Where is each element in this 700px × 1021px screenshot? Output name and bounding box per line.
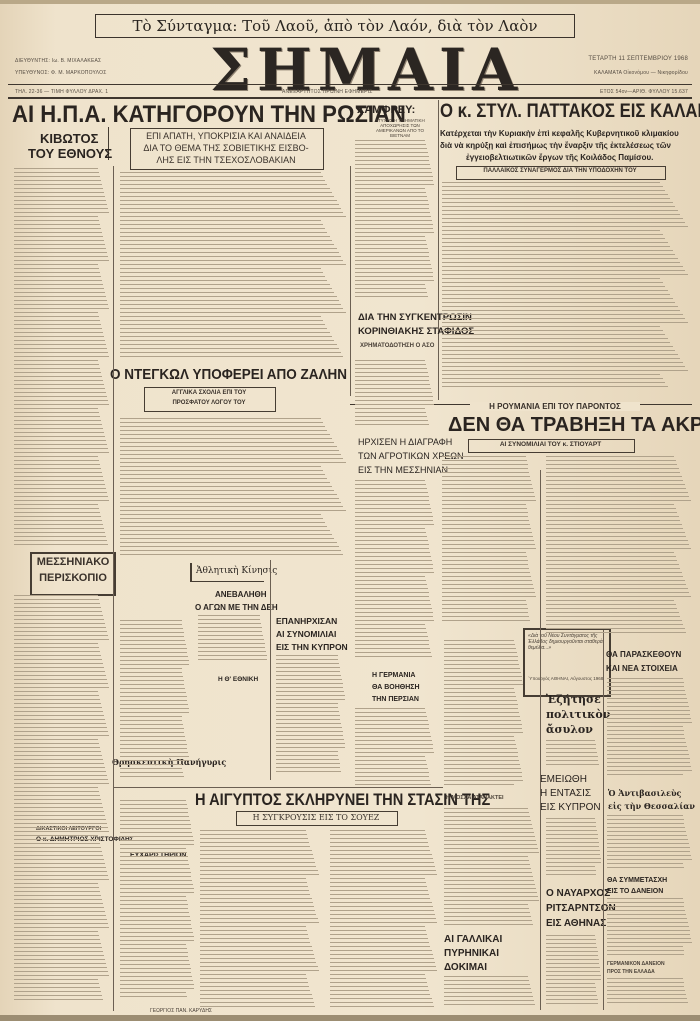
agrotika-headline-3: ΕΙΣ ΤΗΝ ΜΕΣΣΗΝΙΑΝ <box>358 465 448 475</box>
germany-headline-3: ΤΗΝ ΠΕΡΣΙΑΝ <box>372 696 419 703</box>
column-rule <box>603 630 604 1010</box>
egypt-subhead: Η ΣΥΓΚΡΟΥΣΙΣ ΕΙΣ ΤΟ ΣΟΥΕΖ <box>236 813 396 822</box>
body-text-column <box>14 168 110 548</box>
pattakos-deck-3: ἐγγειοβελτιωτικῶν ἔργων τῆς Κοιλάδος Παμ… <box>466 153 653 162</box>
tension-headline-2: Η ΕΝΤΑΣΙΣ <box>540 788 591 799</box>
headline-romania: ΔΕΝ ΘΑ ΤΡΑΒΗΞΗ ΤΑ ΑΚΡΑ <box>448 414 700 437</box>
pattakos-deck-2: διὰ νὰ κηρύξῃ καὶ ἐπισήμως τὴν ἔναρξιν τ… <box>440 141 671 150</box>
body-text-column <box>444 808 540 928</box>
body-text-column <box>120 172 348 362</box>
body-text-column <box>442 182 690 392</box>
body-text-column <box>607 898 693 958</box>
body-text-column <box>546 740 602 768</box>
korinthiaki-subhead: ΧΡΗΜΑΤΟΔΟΤΗΣΗ Ο ΑΣΟ <box>360 343 434 349</box>
body-text-column <box>120 800 195 1000</box>
masthead-rule-top <box>8 84 692 85</box>
body-text-column <box>444 640 524 790</box>
germany-headline-1: Η ΓΕΡΜΑΝΙΑ <box>372 672 416 679</box>
kivotos-headline-1: ΚΙΒΩΤΟΣ <box>40 131 98 146</box>
body-text-column <box>200 830 320 1010</box>
body-text-column <box>355 708 435 788</box>
body-text-column <box>355 140 435 300</box>
asylum-headline-2: πολιτικὸν <box>546 708 610 721</box>
athletics-headline-2: Ο ΑΓΩΝ ΜΕ ΤΗΝ ΔΕΗ <box>195 603 278 612</box>
headline-usa-russia: ΑΙ Η.Π.Α. ΚΑΤΗΓΟΡΟΥΝ ΤΗΝ ΡΩΣΙΑΝ <box>12 101 406 129</box>
body-text-column <box>198 615 268 665</box>
asylum-headline-3: ἄσυλον <box>546 723 593 736</box>
tension-headline-3: ΕΙΣ ΚΥΠΡΟΝ <box>540 802 601 813</box>
body-text-column <box>607 978 693 1008</box>
admiral-headline-2: ΡΙΤΣΑΡΝΤΣΟΝ <box>546 903 616 914</box>
germany-headline-2: ΘΑ ΒΟΗΘΗΣΗ <box>372 684 420 691</box>
antivasileus-headline-1: Ὁ Ἀντιβασιλεὺς <box>608 788 681 798</box>
usa-subhead-3: ΛΗΣ ΕΙΣ ΤΗΝ ΤΣΕΧΟΣΛΟΒΑΚΙΑΝ <box>130 155 322 165</box>
humphrey-subhead: ΑΤΥΧΗΣ Η ΤΜΗΜΑΤΙΚΗ ΑΠΟΧΩΡΗΣΙΣ ΤΩΝ ΑΜΕΡΙΚ… <box>370 118 430 138</box>
usa-subhead-2: ΔΙΑ ΤΟ ΘΕΜΑ ΤΗΣ ΣΟΒΙΕΤΙΚΗΣ ΕΙΣΒΟ- <box>130 143 322 153</box>
romania-subhead: ΑΙ ΣΥΝΟΜΙΛΙΑΙ ΤΟΥ κ. ΣΤΙΟΥΑΡΤ <box>468 441 633 448</box>
cyprus-talks-headline-3: ΕΙΣ ΤΗΝ ΚΥΠΡΟΝ <box>276 642 348 652</box>
degaulle-subhead-1: ΑΓΓΛΙΚΑ ΣΧΟΛΙΑ ΕΠΙ ΤΟΥ <box>144 390 274 396</box>
column-rule <box>540 470 541 1010</box>
paper-subtitle: ΑΝΕΞΑΡΤΗΤΟΣ ΠΡΩΪΝΗ ΕΦΗΜΕΡΙΣ <box>282 89 373 95</box>
body-text-column <box>607 815 693 873</box>
eoniki-headline: Η Θ' ΕΘΝΙΚΗ <box>218 676 258 683</box>
page-edge-top <box>0 0 700 4</box>
athletics-section-label: Ἀθλητικὴ Κίνησις <box>196 566 277 576</box>
degaulle-subhead-2: ΠΡΟΣΦΑΤΟΥ ΛΟΓΟΥ ΤΟΥ <box>144 400 274 406</box>
body-text-column <box>444 976 540 1011</box>
column-rule <box>438 100 439 400</box>
usa-subhead-1: ΕΠΙ ΑΠΑΤΗ, ΥΠΟΚΡΙΣΙΑ ΚΑΙ ΑΝΑΙΔΕΙΑ <box>130 131 322 141</box>
headline-pattakos: Ο κ. ΣΤΥΛ. ΠΑΤΤΑΚΟΣ ΕΙΣ ΚΑΛΑΜΑΤΑΝ <box>440 101 700 123</box>
column-rule <box>270 560 271 780</box>
antivasileus-headline-2: εἰς τὴν Θεσσαλίαν <box>608 801 695 811</box>
issue-number: ΕΤΟΣ 54ον—ΑΡΙΘ. ΦΥΛΛΟΥ 15.637 <box>600 89 688 95</box>
french-tests-headline-2: ΠΥΡΗΝΙΚΑΙ <box>444 948 499 959</box>
french-tests-headline-3: ΔΟΚΙΜΑΙ <box>444 962 487 973</box>
newspaper-page: Τὸ Σύνταγμα: Τοῦ Λαοῦ, ἀπὸ τὸν Λαόν, διὰ… <box>0 0 700 1021</box>
french-tests-headline-1: ΑΙ ΓΑΛΛΙΚΑΙ <box>444 934 502 945</box>
loan-participate-headline-2: ΕΙΣ ΤΟ ΔΑΝΕΙΟΝ <box>607 888 663 895</box>
body-text-column <box>120 620 190 780</box>
german-loan-headline-1: ΓΕΡΜΑΝΙΚΟΝ ΔΑΝΕΙΟΝ <box>607 961 665 967</box>
page-edge-bottom <box>0 1015 700 1021</box>
body-text-column <box>355 360 435 430</box>
loan-participate-headline-1: ΘΑ ΣΥΜΜΕΤΑΣΧΗ <box>607 877 667 884</box>
agrotika-headline-1: ΗΡΧΙΣΕΝ Η ΔΙΑΓΡΑΦΗ <box>358 437 452 447</box>
moscow-headline: Η ΜΟΣΧΑ ΑΤΑΝΑΚΤΕΙ <box>446 795 504 801</box>
periskopio-headline-1: ΜΕΣΣΗΝΙΑΚΟ <box>30 556 116 568</box>
tension-headline-1: ΕΜΕΙΩΘΗ <box>540 774 587 785</box>
cyprus-talks-headline-2: ΑΙ ΣΥΝΟΜΙΛΙΑΙ <box>276 629 336 639</box>
pattakos-subhead: ΠΑΛΛΑΪΚΟΣ ΣΥΝΑΓΕΡΜΟΣ ΔΙΑ ΤΗΝ ΥΠΟΔΟΧΗΝ ΤΟ… <box>456 168 664 174</box>
german-loan-headline-2: ΠΡΟΣ ΤΗΝ ΕΛΛΑΔΑ <box>607 969 655 975</box>
kivotos-headline-2: ΤΟΥ ΕΘΝΟΥΣ <box>28 146 112 161</box>
asylum-headline-1: Ἐζήτησε <box>546 693 601 706</box>
director-line: ΔΙΕΥΘΥΝΤΗΣ: Ιω. Β. ΜΙΧΑΛΑΚΕΑΣ <box>15 58 101 64</box>
place-line: ΚΑΛΑΜΑΤΑ Οἰκονόμου — Νικηφορίδου <box>594 70 688 76</box>
body-text-column <box>276 655 346 775</box>
admiral-headline-1: Ο ΝΑΥΑΡΧΟΣ <box>546 888 610 899</box>
athletics-headline-1: ΑΝΕΒΑΛΗΘΗ <box>215 590 267 599</box>
issue-date: ΤΕΤΑΡΤΗ 11 ΣΕΠΤΕΜΒΡΙΟΥ 1968 <box>588 56 688 62</box>
body-text-column <box>120 418 348 558</box>
body-text-column <box>442 456 537 626</box>
paraskevi-headline-2: ΚΑΙ ΝΕΑ ΣΤΟΙΧΕΙΑ <box>606 664 678 673</box>
body-text-column <box>330 830 438 1010</box>
body-text-column <box>355 480 435 660</box>
periskopio-headline-2: ΠΕΡΙΣΚΟΠΙΟ <box>30 572 116 584</box>
column-rule <box>113 166 114 1011</box>
phone-price: ΤΗΛ. 22-36 — ΤΙΜΗ ΦΥΛΛΟΥ ΔΡΑΧ. 1 <box>15 89 108 95</box>
responsible-line: ΥΠΕΥΘΥΝΟΣ: Φ. Μ. ΜΑΡΚΟΠΟΥΛΟΣ <box>15 70 107 76</box>
body-text-column <box>546 456 692 636</box>
masthead-rule-bottom <box>8 97 692 99</box>
body-text-column <box>546 935 602 1010</box>
paraskevi-headline-1: ΘΑ ΠΑΡΑΣΚΕΘΟΥΝ <box>606 650 681 659</box>
romania-kicker: Η ΡΟΥΜΑΝΙΑ ΕΠΙ ΤΟΥ ΠΑΡΟΝΤΟΣ <box>470 402 640 411</box>
body-text-column <box>14 595 110 1005</box>
pattakos-deck-1: Κατέρχεται τὴν Κυριακὴν ἐπὶ κεφαλῆς Κυβε… <box>440 129 679 138</box>
admiral-headline-3: ΕΙΣ ΑΘΗΝΑΣ <box>546 918 606 929</box>
headline-degaulle: Ο ΝΤΕΓΚΩΛ ΥΠΟΦΕΡΕΙ ΑΠΟ ΖΑΛΗΝ <box>110 366 347 383</box>
body-text-column <box>546 818 602 878</box>
motto-banner: Τὸ Σύνταγμα: Τοῦ Λαοῦ, ἀπὸ τὸν Λαόν, διὰ… <box>95 14 575 38</box>
column-rule <box>350 166 351 396</box>
body-text-column <box>607 678 693 778</box>
cyprus-talks-headline-1: ΕΠΑΝΗΡΧΙΣΑΝ <box>276 616 337 626</box>
humphrey-headline: ΧΑΜΦΡΕΥ: <box>357 104 415 116</box>
